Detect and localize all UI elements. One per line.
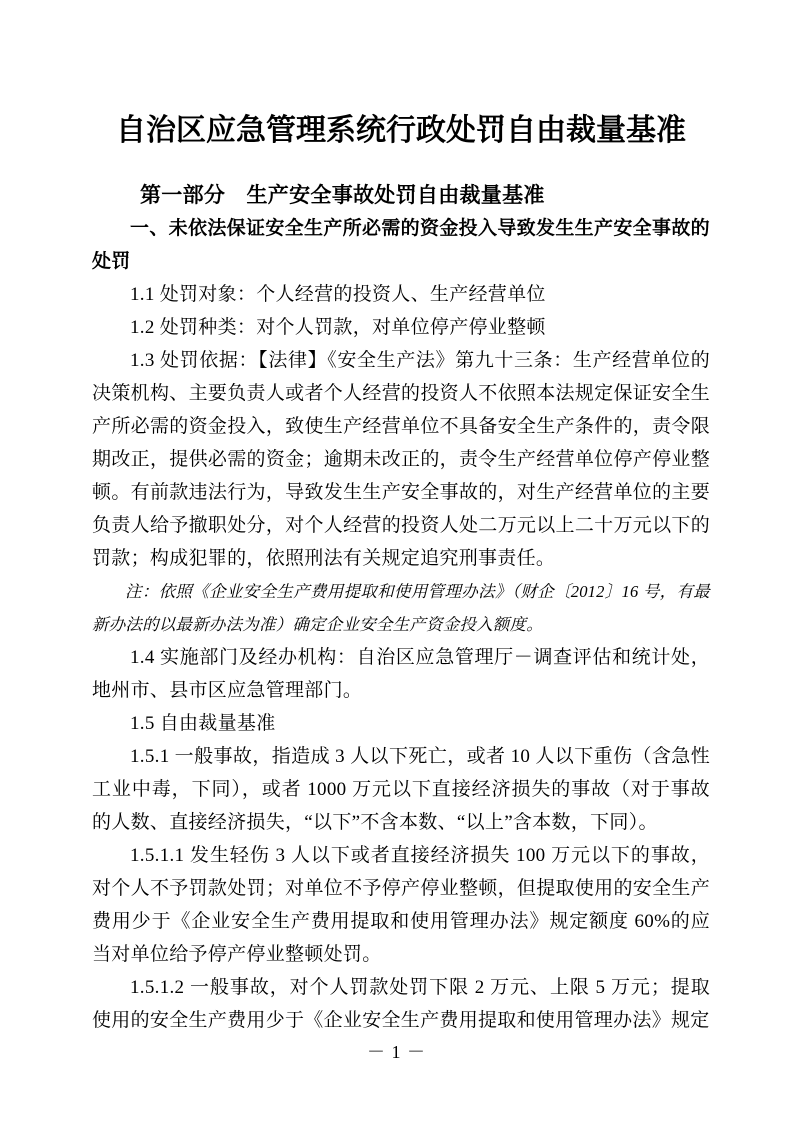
paragraph-implementing-department: 1.4 实施部门及经办机构：自治区应急管理厅－调查评估和统计处，地州市、县市区应… — [92, 641, 710, 707]
paragraph-general-accident-definition: 1.5.1 一般事故，指造成 3 人以下死亡，或者 10 人以下重伤（含急性工业… — [92, 740, 710, 839]
paragraph-note: 注：依照《企业安全生产费用提取和使用管理办法》（财企〔2012〕16 号，有最新… — [92, 575, 710, 641]
item-heading: 一、未依法保证安全生产所必需的资金投入导致发生生产安全事故的处罚 — [92, 212, 710, 278]
paragraph-discretion-standard: 1.5 自由裁量基准 — [92, 707, 710, 740]
document-page: 自治区应急管理系统行政处罚自由裁量基准 第一部分 生产安全事故处罚自由裁量基准 … — [0, 0, 793, 1122]
page-number: － 1 － — [0, 1039, 793, 1065]
document-title: 自治区应急管理系统行政处罚自由裁量基准 — [92, 110, 710, 152]
part-heading: 第一部分 生产安全事故处罚自由裁量基准 — [92, 179, 710, 212]
paragraph-punishment-basis: 1.3 处罚依据：【法律】《安全生产法》第九十三条：生产经营单位的决策机构、主要… — [92, 344, 710, 575]
paragraph-punishment-target: 1.1 处罚对象：个人经营的投资人、生产经营单位 — [92, 278, 710, 311]
document-content: 自治区应急管理系统行政处罚自由裁量基准 第一部分 生产安全事故处罚自由裁量基准 … — [92, 110, 710, 1037]
paragraph-general-accident-fine: 1.5.1.2 一般事故，对个人罚款处罚下限 2 万元、上限 5 万元；提取使用… — [92, 971, 710, 1037]
paragraph-punishment-type: 1.2 处罚种类：对个人罚款，对单位停产停业整顿 — [92, 311, 710, 344]
paragraph-minor-injury-rule: 1.5.1.1 发生轻伤 3 人以下或者直接经济损失 100 万元以下的事故，对… — [92, 839, 710, 971]
